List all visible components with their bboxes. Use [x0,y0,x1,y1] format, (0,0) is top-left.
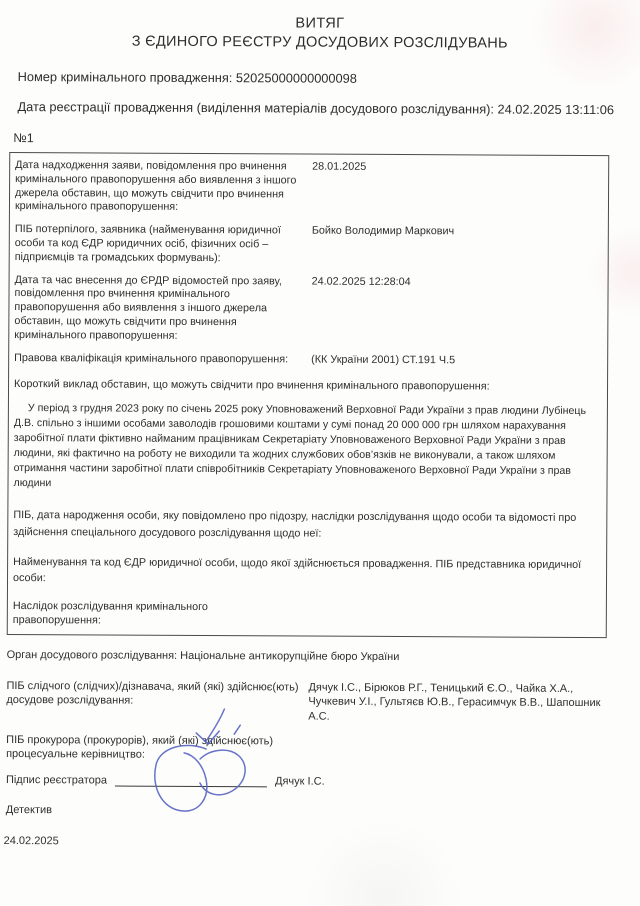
registration-date-value: 24.02.2025 13:11:06 [497,102,614,118]
summary-section-label: Короткий виклад обставин, що можуть свід… [14,378,599,395]
investigators-label: ПІБ слідчого (слідчих)/дізнавача, який (… [6,679,308,723]
row-value-legal-qualification: (КК України 2001) СТ.191 Ч.5 [311,353,599,368]
table-row: Правова кваліфікація кримінального право… [14,352,599,369]
document-content: ВИТЯГ З ЄДИНОГО РЕЄСТРУ ДОСУДОВИХ РОЗСЛІ… [0,0,640,851]
row-value-erdr-entry-datetime: 24.02.2025 12:28:04 [311,275,599,346]
investigation-body-value: Національне антикорупційне бюро України [180,650,399,663]
signature-line [115,773,267,787]
investigators-names: Дячук І.С., Бірюков Р.Г., Теницький Є.О.… [308,681,618,726]
document-date: 24.02.2025 [4,834,618,852]
investigation-body-line: Орган досудового розслідування: Націонал… [7,648,619,666]
summary-text: У період з грудня 2023 року по січень 20… [13,401,598,494]
row-label-submission-date: Дата надходження заяви, повідомлення про… [15,159,312,216]
document-subtitle: З ЄДИНОГО РЕЄСТРУ ДОСУДОВИХ РОЗСЛІДУВАНЬ [0,32,640,54]
record-number: №1 [13,131,639,148]
table-row: Дата та час внесення до ЄРДР відомостей … [14,274,599,346]
prosecutor-label: ПІБ прокурора (прокурорів), який (які) з… [6,733,311,763]
registrar-signature-row: Підпис реєстратора Дячук І.С. [6,773,618,791]
case-details-table: Дата надходження заяви, повідомлення про… [7,152,610,638]
case-number-label: Номер кримінального провадження: [18,69,233,85]
document-title-block: ВИТЯГ З ЄДИНОГО РЕЄСТРУ ДОСУДОВИХ РОЗСЛІ… [0,0,640,54]
registrar-position: Детектив [6,803,618,821]
registrar-signature-label: Підпис реєстратора [6,773,107,788]
row-label-victim-name: ПІБ потерпілого, заявника (найменування … [15,223,312,266]
suspect-section-label: ПІБ, дата народження особи, яку повідомл… [13,507,598,542]
case-number-line: Номер кримінального провадження: 5202500… [0,69,640,88]
scanned-document-page: ВИТЯГ З ЄДИНОГО РЕЄСТРУ ДОСУДОВИХ РОЗСЛІ… [0,0,640,906]
document-footer: Орган досудового розслідування: Націонал… [6,648,619,852]
registrar-name: Дячук І.С. [275,775,325,790]
row-label-erdr-entry-datetime: Дата та час внесення до ЄРДР відомостей … [14,274,311,345]
table-row: Дата надходження заяви, повідомлення про… [15,159,600,217]
row-value-submission-date: 28.01.2025 [312,160,600,217]
registration-date-line: Дата реєстрації провадження (виділення м… [0,99,640,118]
row-value-victim-name: Бойко Володимир Маркович [312,225,600,268]
legal-entity-section-label: Найменування та код ЄДР юридичної особи,… [13,554,598,589]
case-number-value: 52025000000000098 [236,70,357,86]
investigators-row: ПІБ слідчого (слідчих)/дізнавача, який (… [6,679,618,725]
table-row: ПІБ потерпілого, заявника (найменування … [15,223,600,267]
outcome-section-label: Наслідок розслідування кримінального пра… [13,600,235,629]
investigation-body-label: Орган досудового розслідування: [7,649,178,662]
row-label-legal-qualification: Правова кваліфікація кримінального право… [14,352,311,367]
registration-date-label: Дата реєстрації провадження (виділення м… [17,99,494,116]
